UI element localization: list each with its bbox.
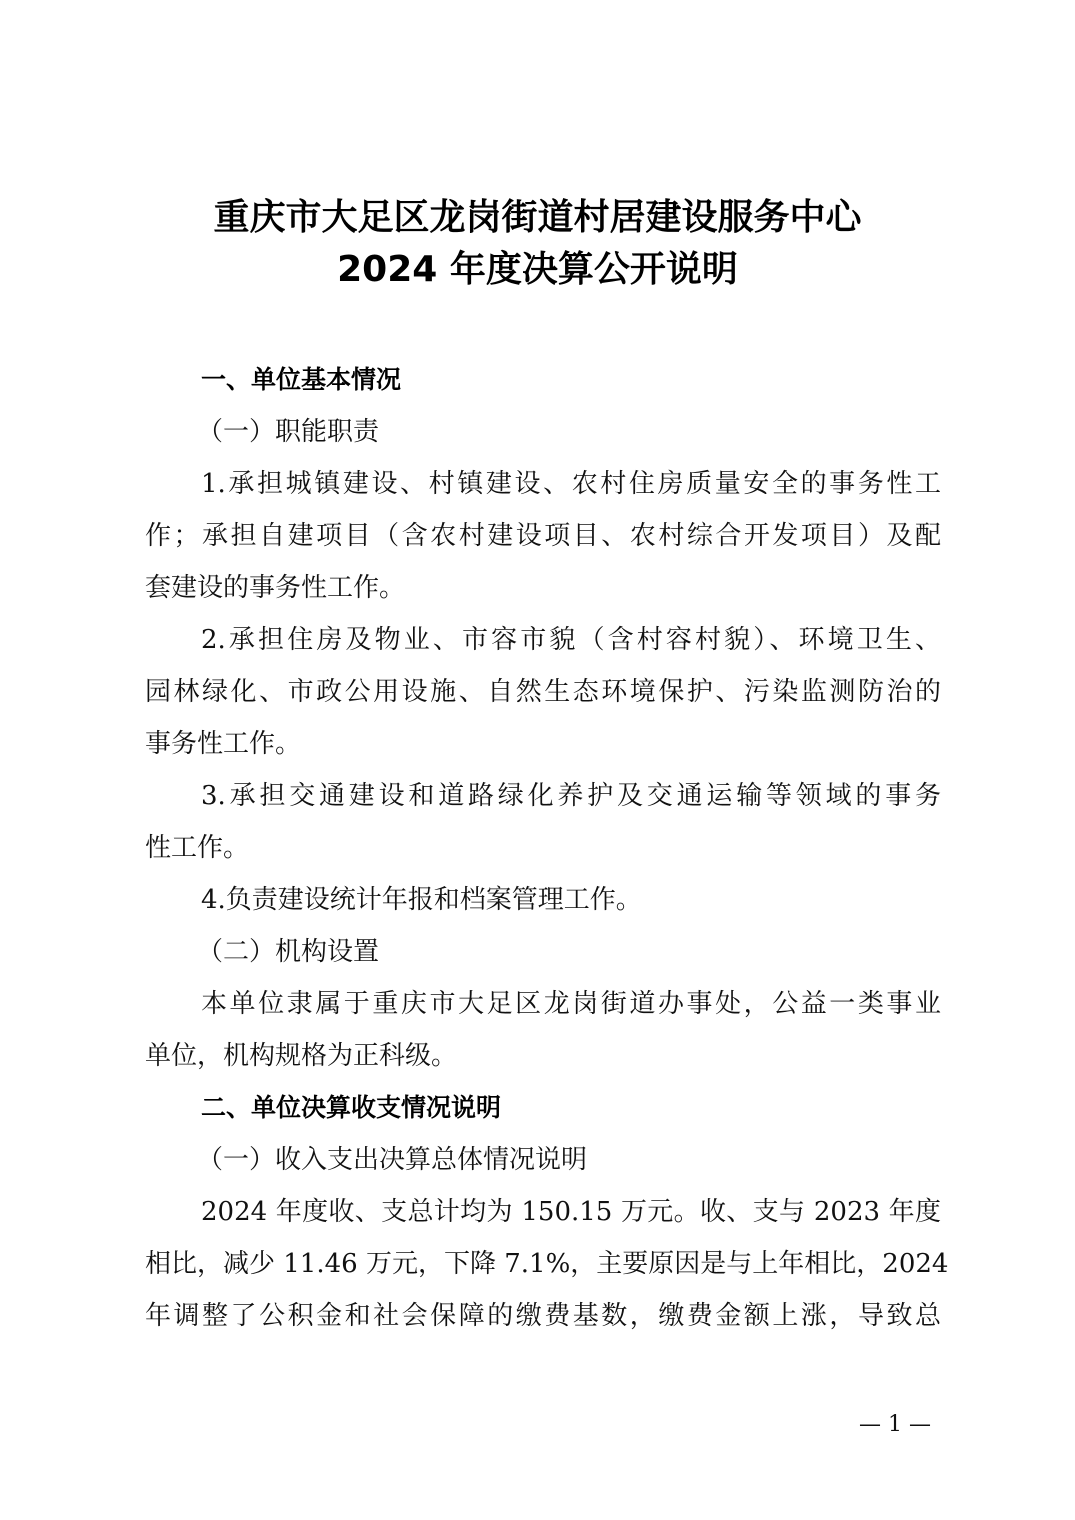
document-title-line-1: 重庆市大足区龙岗街道村居建设服务中心 bbox=[0, 196, 1075, 240]
subsection-heading-organization: （二）机构设置 bbox=[197, 934, 993, 970]
paragraph-line: 相比，减少 11.46 万元，下降 7.1%，主要原因是与上年相比，2024 bbox=[145, 1246, 941, 1282]
paragraph-line: 1.承担城镇建设、村镇建设、农村住房质量安全的事务性工 bbox=[201, 466, 941, 502]
subsection-heading-functions: （一）职能职责 bbox=[197, 414, 993, 450]
section-heading-2: 二、单位决算收支情况说明 bbox=[201, 1090, 941, 1126]
paragraph-line: 年调整了公积金和社会保障的缴费基数，缴费金额上涨，导致总 bbox=[145, 1298, 941, 1334]
document-title-line-2: 2024 年度决算公开说明 bbox=[0, 248, 1075, 292]
paragraph-line: 套建设的事务性工作。 bbox=[145, 570, 941, 606]
paragraph-line: 园林绿化、市政公用设施、自然生态环境保护、污染监测防治的 bbox=[145, 674, 941, 710]
paragraph-line: 作；承担自建项目（含农村建设项目、农村综合开发项目）及配 bbox=[145, 518, 941, 554]
page-number: — 1 — bbox=[845, 1410, 945, 1440]
paragraph-line: 2024 年度收、支总计均为 150.15 万元。收、支与 2023 年度 bbox=[201, 1194, 941, 1230]
subsection-heading-overall: （一）收入支出决算总体情况说明 bbox=[197, 1142, 993, 1178]
section-heading-1: 一、单位基本情况 bbox=[201, 362, 941, 398]
paragraph-line: 性工作。 bbox=[145, 830, 941, 866]
document-page: 重庆市大足区龙岗街道村居建设服务中心 2024 年度决算公开说明 一、单位基本情… bbox=[0, 0, 1075, 1520]
paragraph-line: 本单位隶属于重庆市大足区龙岗街道办事处，公益一类事业 bbox=[201, 986, 941, 1022]
paragraph-line: 单位，机构规格为正科级。 bbox=[145, 1038, 941, 1074]
paragraph-line: 事务性工作。 bbox=[145, 726, 941, 762]
paragraph-line: 4.负责建设统计年报和档案管理工作。 bbox=[201, 882, 941, 918]
paragraph-line: 3.承担交通建设和道路绿化养护及交通运输等领域的事务 bbox=[201, 778, 941, 814]
paragraph-line: 2.承担住房及物业、市容市貌（含村容村貌）、环境卫生、 bbox=[201, 622, 941, 658]
